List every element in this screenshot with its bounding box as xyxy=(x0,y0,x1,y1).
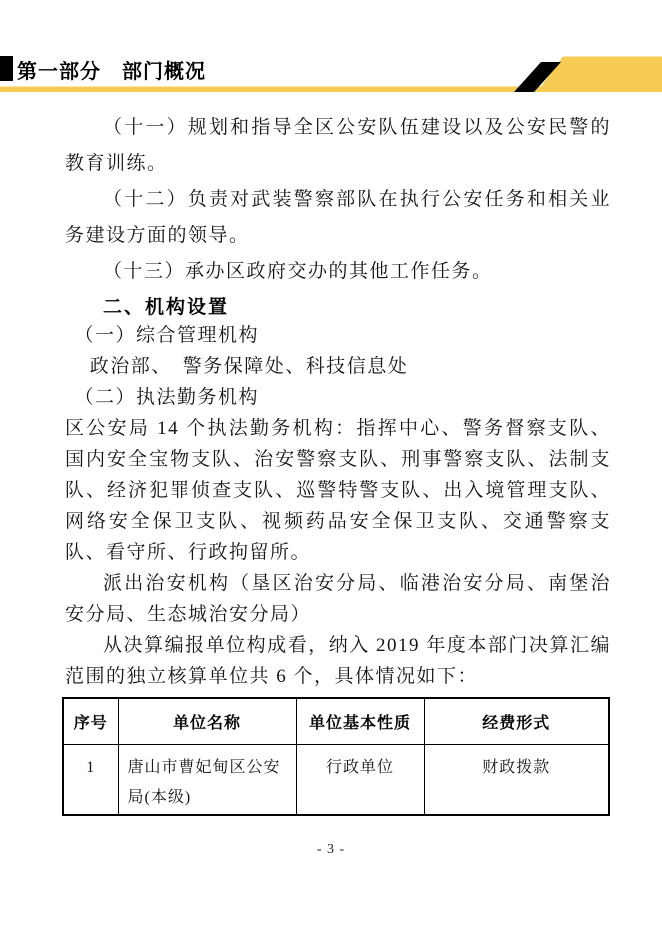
paragraph-dispatch-orgs: 派出治安机构（垦区治安分局、临港治安分局、南堡治安分局、生态城治安分局） xyxy=(65,568,611,630)
column-header-no: 序号 xyxy=(63,698,118,745)
paragraph-budget-intro: 从决算编报单位构成看，纳入 2019 年度本部门决算汇编范围的独立核算单位共 6… xyxy=(65,630,611,692)
paragraph-duty-org-list: 区公安局 14 个执法勤务机构：指挥中心、警务督察支队、国内安全宝物支队、治安警… xyxy=(65,413,611,568)
paragraph-duty-11: （十一）规划和指导全区公安队伍建设以及公安民警的教育训练。 xyxy=(65,110,611,182)
subheading-duty-orgs: （二）执法勤务机构 xyxy=(65,382,611,413)
column-header-name: 单位名称 xyxy=(118,698,296,745)
paragraph-duty-13: （十三）承办区政府交办的其他工作任务。 xyxy=(65,254,611,290)
cell-nature: 行政单位 xyxy=(296,745,424,816)
document-header: 第一部分 部门概况 xyxy=(0,0,662,96)
paragraph-admin-org-list: 政治部、 警务保障处、科技信息处 xyxy=(65,351,611,382)
cell-name: 唐山市曹妃甸区公安局(本级) xyxy=(118,745,296,816)
yellow-parallelogram xyxy=(537,57,662,93)
org-section: （一）综合管理机构 政治部、 警务保障处、科技信息处 （二）执法勤务机构 区公安… xyxy=(65,320,611,692)
column-header-nature: 单位基本性质 xyxy=(296,698,424,745)
units-table: 序号 单位名称 单位基本性质 经费形式 1 唐山市曹妃甸区公安局(本级) 行政单… xyxy=(62,697,610,816)
table-row: 1 唐山市曹妃甸区公安局(本级) 行政单位 财政拨款 xyxy=(63,745,609,816)
page-number: - 3 - xyxy=(0,842,662,858)
paragraph-duty-12: （十二）负责对武装警察部队在执行公安任务和相关业务建设方面的领导。 xyxy=(65,182,611,254)
black-square-icon xyxy=(0,56,13,81)
duties-section: （十一）规划和指导全区公安队伍建设以及公安民警的教育训练。 （十二）负责对武装警… xyxy=(65,110,611,326)
column-header-funding: 经费形式 xyxy=(424,698,609,745)
cell-no: 1 xyxy=(63,745,118,816)
cell-funding: 财政拨款 xyxy=(424,745,609,816)
subheading-admin-orgs: （一）综合管理机构 xyxy=(65,320,611,351)
table-header-row: 序号 单位名称 单位基本性质 经费形式 xyxy=(63,698,609,745)
section-title: 第一部分 部门概况 xyxy=(17,55,206,84)
